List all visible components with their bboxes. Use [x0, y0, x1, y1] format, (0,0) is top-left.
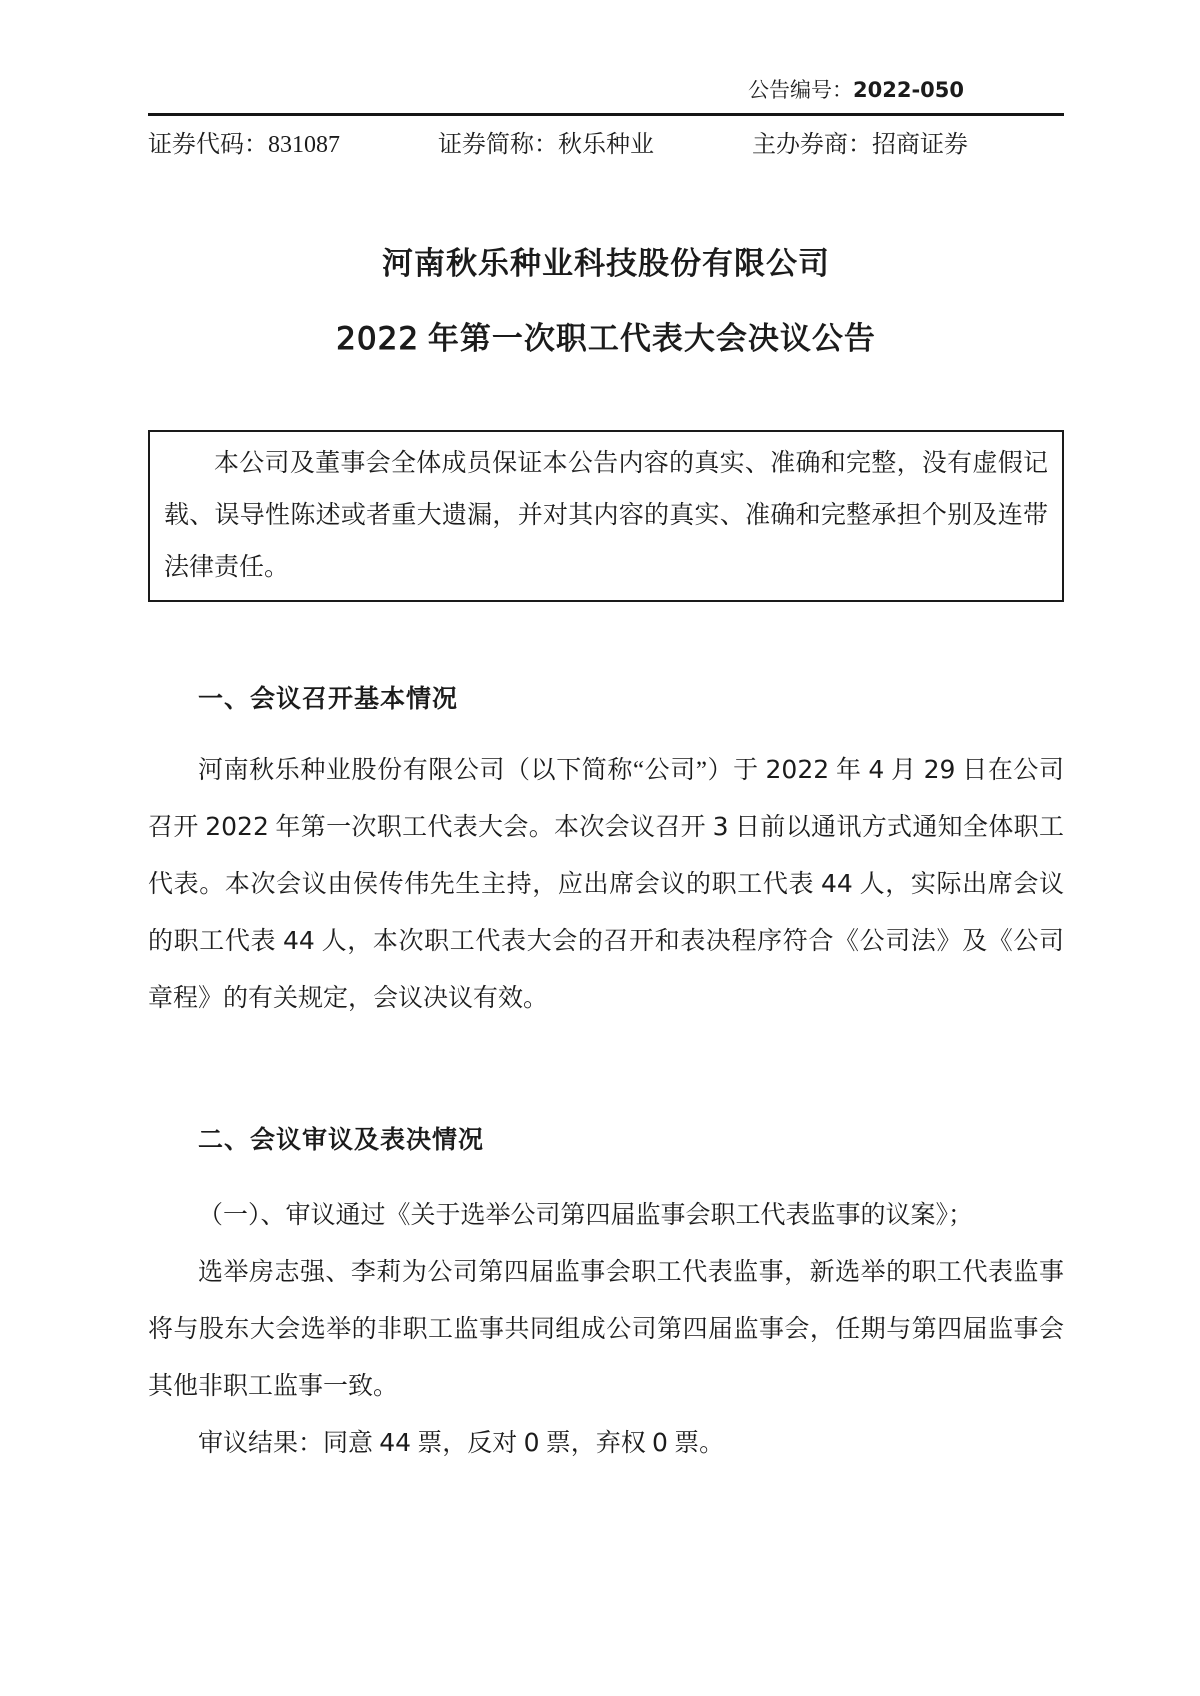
section2-heading: 二、会议审议及表决情况 [148, 1123, 1064, 1157]
disclaimer-text: 本公司及董事会全体成员保证本公告内容的真实、准确和完整，没有虚假记载、误导性陈述… [164, 438, 1048, 594]
section2-item1-title: （一）、审议通过《关于选举公司第四届监事会职工代表监事的议案》； [148, 1187, 1064, 1244]
document-content: 公告编号：2022-050 证券代码：831087 证券简称：秋乐种业 主办券商… [0, 0, 1200, 1472]
section1-heading: 一、会议召开基本情况 [148, 682, 1064, 716]
stock-code-label: 证券代码： [148, 132, 268, 158]
stock-short-name: 证券简称：秋乐种业 [438, 129, 654, 161]
announcement-number-value: 2022-050 [853, 78, 964, 102]
announcement-title: 2022 年第一次职工代表大会决议公告 [148, 318, 1064, 360]
document-page: 公告编号：2022-050 证券代码：831087 证券简称：秋乐种业 主办券商… [0, 0, 1200, 1696]
sponsor-broker: 主办券商：招商证券 [752, 129, 968, 161]
sponsor-broker-label: 主办券商： [752, 132, 872, 158]
announcement-number: 公告编号：2022-050 [148, 0, 1064, 104]
stock-code-value: 831087 [268, 132, 340, 158]
announcement-number-label: 公告编号： [748, 78, 853, 102]
company-name-title: 河南秋乐种业科技股份有限公司 [148, 243, 1064, 285]
section1-body: 河南秋乐种业股份有限公司（以下简称“公司”）于 2022 年 4 月 29 日在… [148, 742, 1064, 1027]
section2-item1-body: 选举房志强、李莉为公司第四届监事会职工代表监事，新选举的职工代表监事将与股东大会… [148, 1244, 1064, 1415]
securities-info-row: 证券代码：831087 证券简称：秋乐种业 主办券商：招商证券 [148, 129, 1064, 161]
disclaimer-box: 本公司及董事会全体成员保证本公告内容的真实、准确和完整，没有虚假记载、误导性陈述… [148, 430, 1064, 602]
stock-short-name-value: 秋乐种业 [558, 132, 654, 158]
stock-short-name-label: 证券简称： [438, 132, 558, 158]
sponsor-broker-value: 招商证券 [872, 132, 968, 158]
section2-item1-result: 审议结果：同意 44 票，反对 0 票，弃权 0 票。 [148, 1415, 1064, 1472]
stock-code: 证券代码：831087 [148, 129, 340, 161]
header-rule [148, 113, 1064, 116]
